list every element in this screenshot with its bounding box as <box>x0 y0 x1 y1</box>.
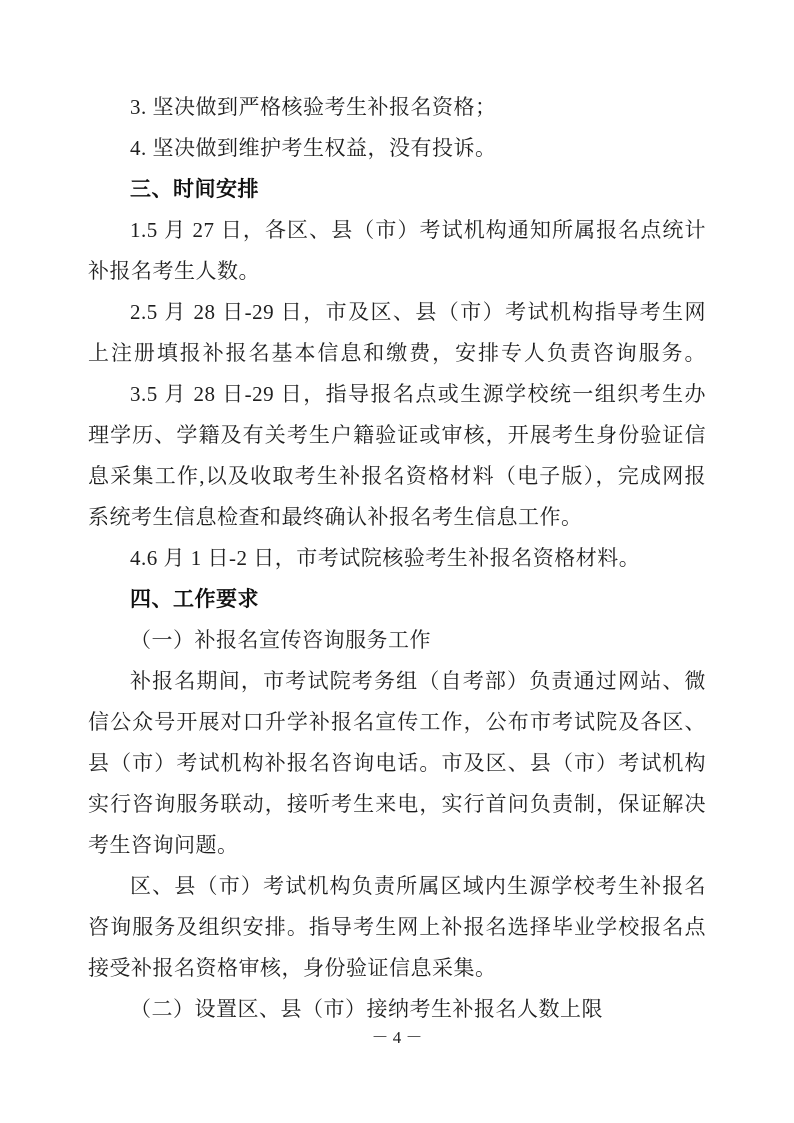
paragraph-line: 上注册填报补报名基本信息和缴费，安排专人负责咨询服务。 <box>88 333 706 374</box>
paragraph-line: 3.5 月 28 日-29 日，指导报名点或生源学校统一组织考生办 <box>88 374 706 415</box>
paragraph-line: 系统考生信息检查和最终确认补报名考生信息工作。 <box>88 497 706 538</box>
section-heading: 四、工作要求 <box>88 579 706 620</box>
paragraph-line: 信公众号开展对口升学补报名宣传工作，公布市考试院及各区、 <box>88 702 706 743</box>
paragraph-line: 实行咨询服务联动，接听考生来电，实行首问负责制，保证解决 <box>88 784 706 825</box>
paragraph-line: 接受补报名资格审核，身份验证信息采集。 <box>88 948 706 989</box>
paragraph-line: 考生咨询问题。 <box>88 825 706 866</box>
paragraph-line: 补报名期间，市考试院考务组（自考部）负责通过网站、微 <box>88 661 706 702</box>
paragraph-line: 息采集工作,以及收取考生补报名资格材料（电子版），完成网报 <box>88 456 706 497</box>
paragraph-line: 理学历、学籍及有关考生户籍验证或审核，开展考生身份验证信 <box>88 415 706 456</box>
document-body: 3. 坚决做到严格核验考生补报名资格； 4. 坚决做到维护考生权益，没有投诉。 … <box>88 87 706 1030</box>
subsection-heading: （一）补报名宣传咨询服务工作 <box>88 620 706 661</box>
list-item: 3. 坚决做到严格核验考生补报名资格； <box>88 87 706 128</box>
paragraph-line: 咨询服务及组织安排。指导考生网上补报名选择毕业学校报名点 <box>88 907 706 948</box>
document-page: 3. 坚决做到严格核验考生补报名资格； 4. 坚决做到维护考生权益，没有投诉。 … <box>0 0 794 1123</box>
section-heading: 三、时间安排 <box>88 169 706 210</box>
paragraph-line: 补报名考生人数。 <box>88 251 706 292</box>
paragraph-line: 4.6 月 1 日-2 日，市考试院核验考生补报名资格材料。 <box>88 538 706 579</box>
paragraph-line: 县（市）考试机构补报名咨询电话。市及区、县（市）考试机构 <box>88 743 706 784</box>
paragraph-line: 2.5 月 28 日-29 日，市及区、县（市）考试机构指导考生网 <box>88 292 706 333</box>
list-item: 4. 坚决做到维护考生权益，没有投诉。 <box>88 128 706 169</box>
paragraph-line: 1.5 月 27 日，各区、县（市）考试机构通知所属报名点统计 <box>88 210 706 251</box>
page-number: － 4 － <box>0 1024 794 1052</box>
paragraph-line: 区、县（市）考试机构负责所属区域内生源学校考生补报名 <box>88 866 706 907</box>
